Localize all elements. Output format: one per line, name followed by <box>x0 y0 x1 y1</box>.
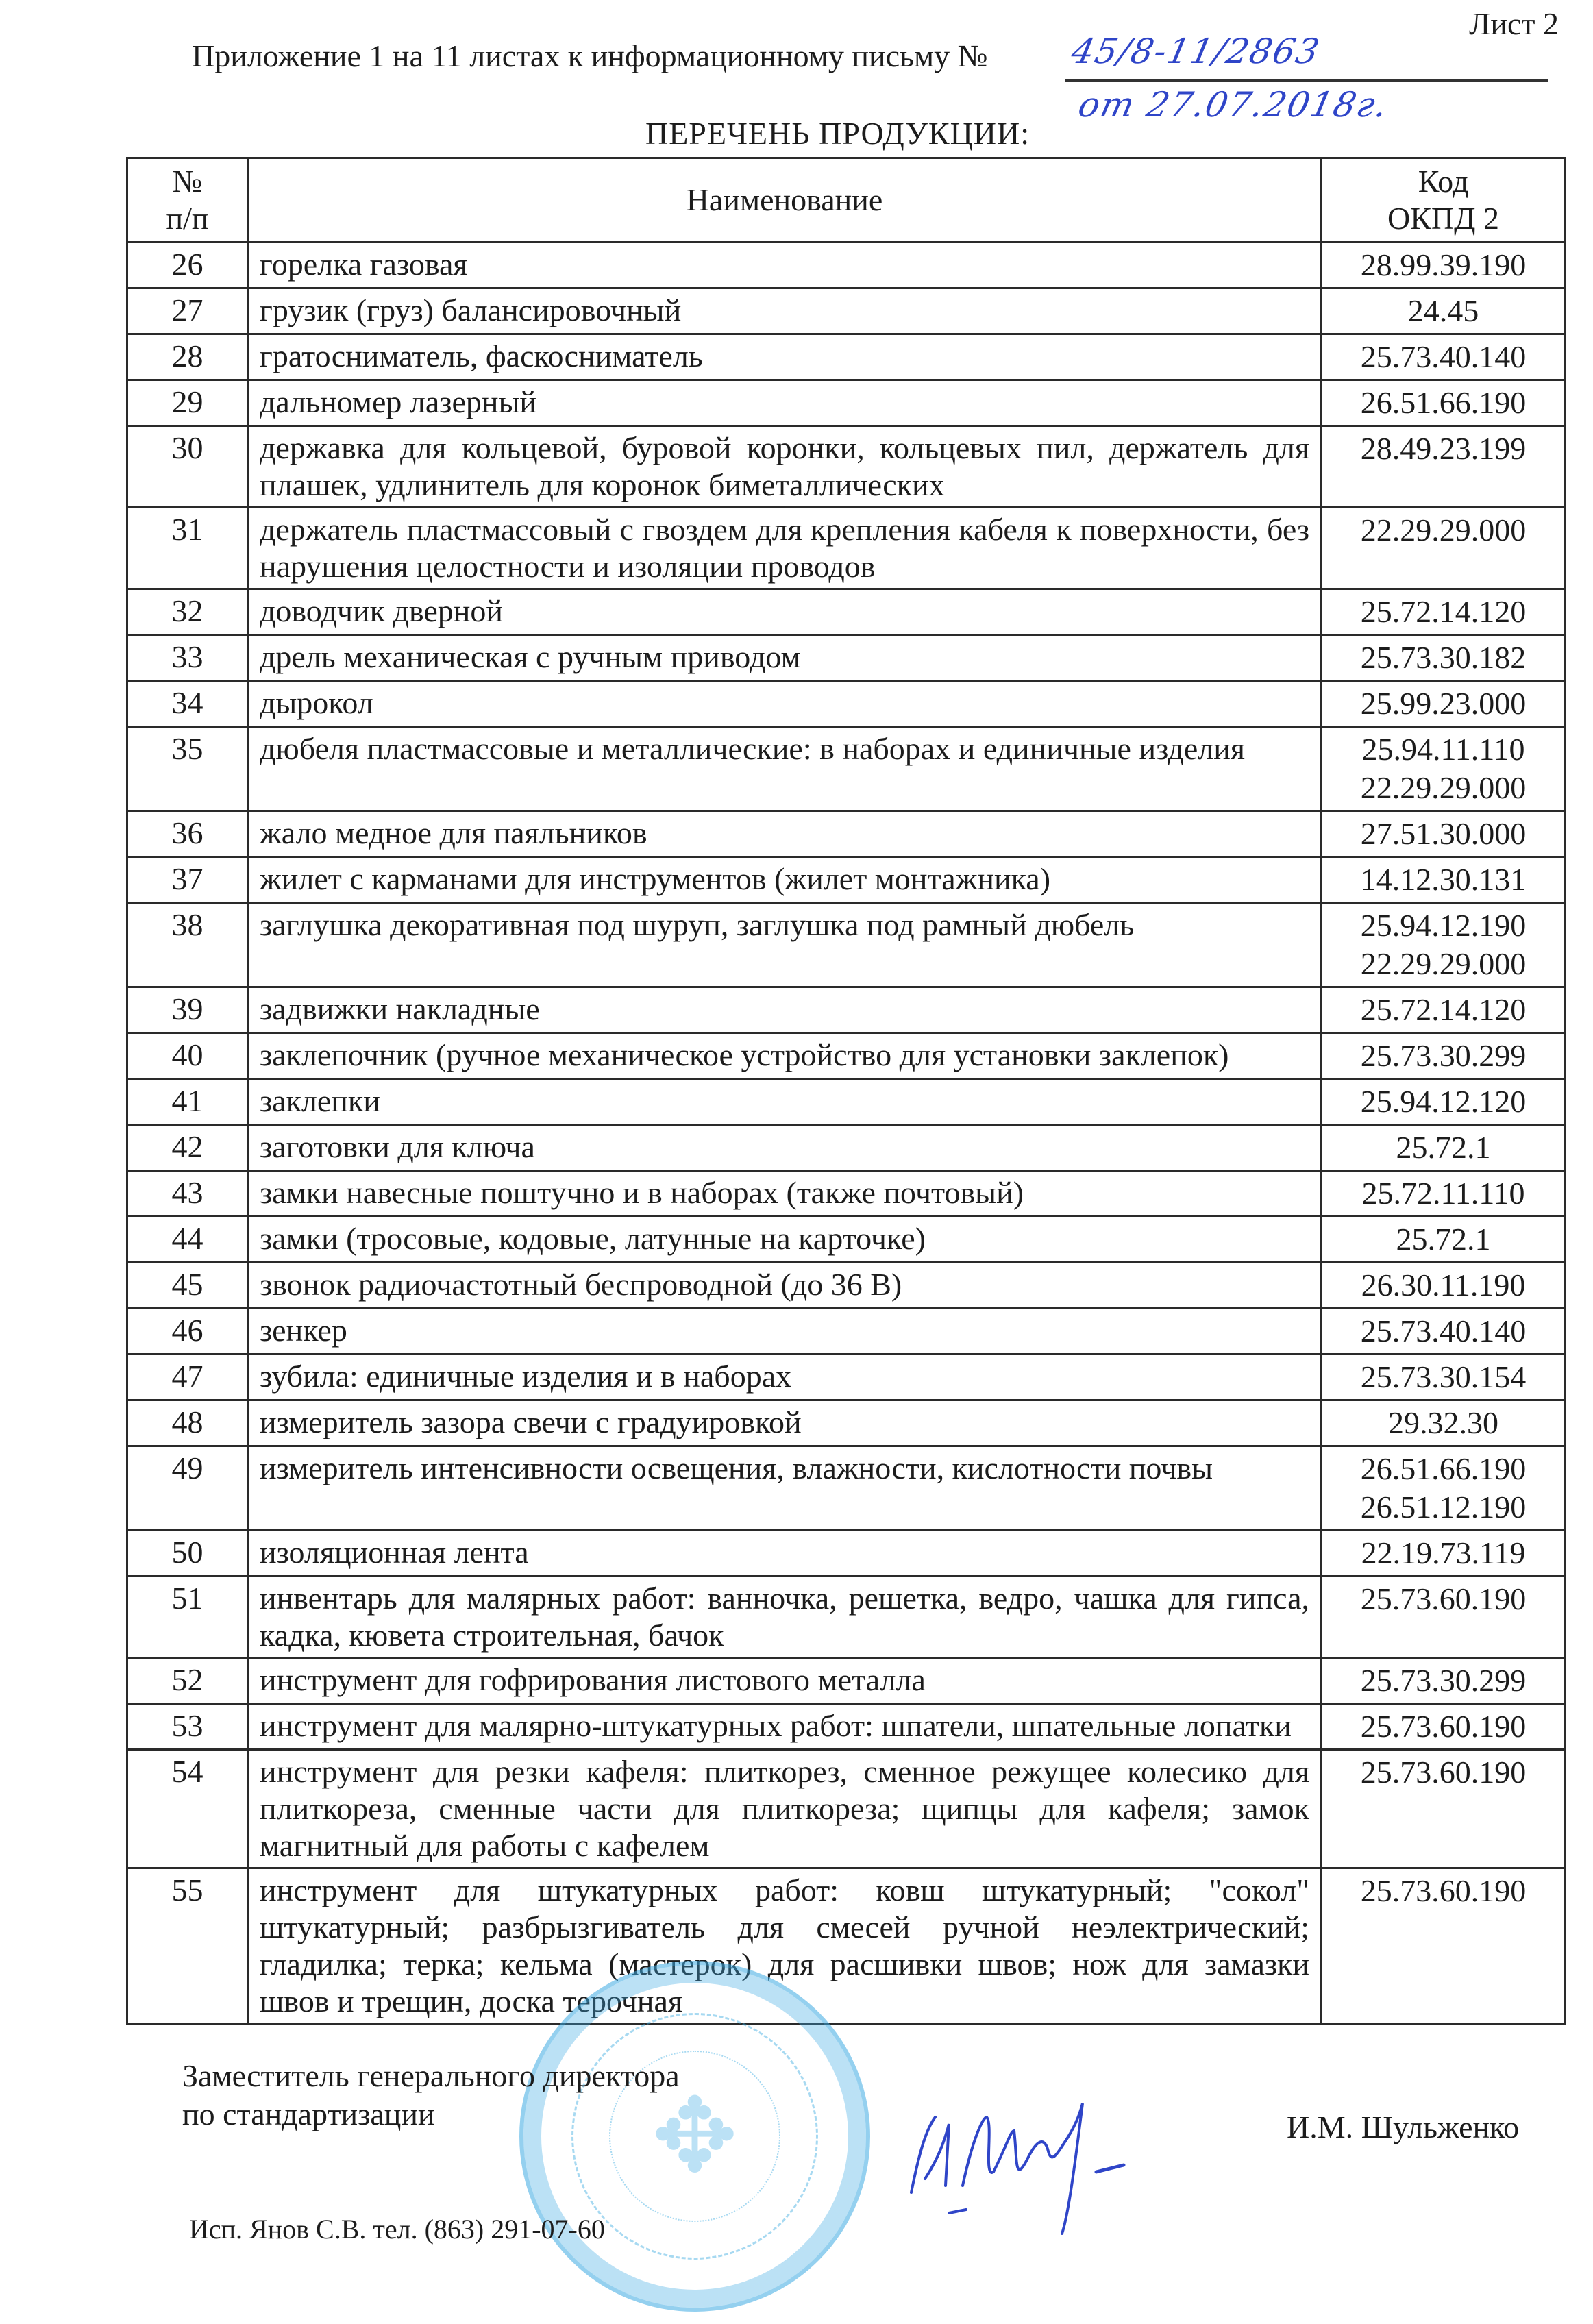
row-number: 39 <box>127 987 248 1033</box>
okpd2-code: 28.99.39.190 <box>1333 246 1553 284</box>
product-name: гратосниматель, фаскосниматель <box>248 334 1322 380</box>
row-number: 26 <box>127 243 248 288</box>
table-row: 41заклепки25.94.12.120 <box>127 1079 1566 1125</box>
okpd2-code-cell: 25.73.40.140 <box>1322 334 1566 380</box>
table-row: 39задвижки накладные25.72.14.120 <box>127 987 1566 1033</box>
product-name: заклепки <box>248 1079 1322 1125</box>
table-row: 49измеритель интенсивности освещения, вл… <box>127 1446 1566 1531</box>
row-number: 40 <box>127 1033 248 1079</box>
okpd2-code-cell: 24.45 <box>1322 288 1566 334</box>
product-name: дюбеля пластмассовые и металлические: в … <box>248 727 1322 811</box>
product-name: измеритель интенсивности освещения, влаж… <box>248 1446 1322 1531</box>
table-row: 47зубила: единичные изделия и в наборах2… <box>127 1355 1566 1400</box>
okpd2-code-cell: 25.73.30.299 <box>1322 1033 1566 1079</box>
product-name: измеритель зазора свечи с градуировкой <box>248 1400 1322 1446</box>
table-row: 27грузик (груз) балансировочный24.45 <box>127 288 1566 334</box>
okpd2-code: 25.72.14.120 <box>1333 991 1553 1029</box>
table-row: 31держатель пластмассовый с гвоздем для … <box>127 508 1566 589</box>
product-name: заглушка декоративная под шуруп, заглушк… <box>248 903 1322 987</box>
row-number: 50 <box>127 1531 248 1577</box>
table-row: 36жало медное для паяльников27.51.30.000 <box>127 811 1566 857</box>
row-number: 43 <box>127 1171 248 1217</box>
table-row: 51инвентарь для малярных работ: ванночка… <box>127 1577 1566 1658</box>
column-header-number-line1: № <box>135 163 240 200</box>
okpd2-code: 25.73.30.182 <box>1333 639 1553 677</box>
okpd2-code: 22.29.29.000 <box>1333 769 1553 807</box>
product-name: инструмент для гофрирования листового ме… <box>248 1658 1322 1704</box>
okpd2-code: 25.73.40.140 <box>1333 338 1553 376</box>
product-name: жилет с карманами для инструментов (жиле… <box>248 857 1322 903</box>
table-row: 34дырокол25.99.23.000 <box>127 681 1566 727</box>
table-row: 40заклепочник (ручное механическое устро… <box>127 1033 1566 1079</box>
product-name: зенкер <box>248 1309 1322 1355</box>
signer-name: И.М. Шульженко <box>1287 2109 1519 2145</box>
product-name: замки (тросовые, кодовые, латунные на ка… <box>248 1217 1322 1263</box>
table-header-row: № п/п Наименование Код ОКПД 2 <box>127 158 1566 243</box>
signer-title-line1: Заместитель генерального директора <box>182 2057 680 2095</box>
column-header-code-line1: Код <box>1329 163 1557 200</box>
row-number: 34 <box>127 681 248 727</box>
row-number: 49 <box>127 1446 248 1531</box>
table-row: 43замки навесные поштучно и в наборах (т… <box>127 1171 1566 1217</box>
okpd2-code: 25.99.23.000 <box>1333 684 1553 723</box>
signer-title: Заместитель генерального директора по ст… <box>182 2057 680 2134</box>
product-name: инвентарь для малярных работ: ванночка, … <box>248 1577 1322 1658</box>
table-row: 50изоляционная лента22.19.73.119 <box>127 1531 1566 1577</box>
letter-number-underline <box>1065 79 1548 82</box>
okpd2-code: 25.73.60.190 <box>1333 1580 1553 1618</box>
product-name: инструмент для штукатурных работ: ковш ш… <box>248 1868 1322 2024</box>
product-name: дырокол <box>248 681 1322 727</box>
products-table-body: 26горелка газовая28.99.39.19027грузик (г… <box>127 243 1566 2024</box>
okpd2-code-cell: 25.94.12.19022.29.29.000 <box>1322 903 1566 987</box>
row-number: 51 <box>127 1577 248 1658</box>
product-name: звонок радиочастотный беспроводной (до 3… <box>248 1263 1322 1309</box>
okpd2-code: 25.73.60.190 <box>1333 1753 1553 1792</box>
okpd2-code-cell: 27.51.30.000 <box>1322 811 1566 857</box>
product-name: жало медное для паяльников <box>248 811 1322 857</box>
okpd2-code-cell: 28.99.39.190 <box>1322 243 1566 288</box>
okpd2-code: 25.73.60.190 <box>1333 1872 1553 1910</box>
okpd2-code: 26.30.11.190 <box>1333 1266 1553 1305</box>
okpd2-code: 25.72.11.110 <box>1333 1174 1553 1213</box>
okpd2-code-cell: 22.29.29.000 <box>1322 508 1566 589</box>
row-number: 29 <box>127 380 248 426</box>
table-row: 53инструмент для малярно-штукатурных раб… <box>127 1704 1566 1750</box>
okpd2-code-cell: 25.73.60.190 <box>1322 1704 1566 1750</box>
executor-contact: Исп. Янов С.В. тел. (863) 291-07-60 <box>189 2213 605 2245</box>
row-number: 53 <box>127 1704 248 1750</box>
products-table: № п/п Наименование Код ОКПД 2 26горелка … <box>126 157 1566 2025</box>
okpd2-code-cell: 25.73.60.190 <box>1322 1750 1566 1868</box>
seal-inner-ring <box>571 2013 818 2260</box>
table-row: 35дюбеля пластмассовые и металлические: … <box>127 727 1566 811</box>
okpd2-code-cell: 26.51.66.19026.51.12.190 <box>1322 1446 1566 1531</box>
okpd2-code: 25.72.1 <box>1333 1128 1553 1167</box>
list-title: ПЕРЕЧЕНЬ ПРОДУКЦИИ: <box>0 115 1593 151</box>
product-name: горелка газовая <box>248 243 1322 288</box>
okpd2-code-cell: 25.94.12.120 <box>1322 1079 1566 1125</box>
row-number: 41 <box>127 1079 248 1125</box>
okpd2-code-cell: 25.73.30.182 <box>1322 635 1566 681</box>
column-header-name: Наименование <box>248 158 1322 243</box>
table-row: 44замки (тросовые, кодовые, латунные на … <box>127 1217 1566 1263</box>
row-number: 45 <box>127 1263 248 1309</box>
product-name: инструмент для резки кафеля: плиткорез, … <box>248 1750 1322 1868</box>
okpd2-code-cell: 25.73.40.140 <box>1322 1309 1566 1355</box>
okpd2-code: 22.19.73.119 <box>1333 1534 1553 1572</box>
okpd2-code-cell: 25.72.1 <box>1322 1125 1566 1171</box>
column-header-number: № п/п <box>127 158 248 243</box>
handwritten-signature <box>898 2076 1185 2240</box>
okpd2-code-cell: 22.19.73.119 <box>1322 1531 1566 1577</box>
okpd2-code: 28.49.23.199 <box>1333 430 1553 468</box>
row-number: 33 <box>127 635 248 681</box>
table-row: 46зенкер25.73.40.140 <box>127 1309 1566 1355</box>
table-row: 26горелка газовая28.99.39.190 <box>127 243 1566 288</box>
table-row: 33дрель механическая с ручным приводом25… <box>127 635 1566 681</box>
column-header-number-line2: п/п <box>135 200 240 237</box>
okpd2-code: 24.45 <box>1333 292 1553 330</box>
okpd2-code: 26.51.66.190 <box>1333 384 1553 422</box>
okpd2-code-cell: 25.72.14.120 <box>1322 987 1566 1033</box>
okpd2-code-cell: 25.73.60.190 <box>1322 1577 1566 1658</box>
okpd2-code-cell: 28.49.23.199 <box>1322 426 1566 508</box>
product-name: заготовки для ключа <box>248 1125 1322 1171</box>
okpd2-code-cell: 26.30.11.190 <box>1322 1263 1566 1309</box>
okpd2-code-cell: 25.99.23.000 <box>1322 681 1566 727</box>
table-row: 42заготовки для ключа25.72.1 <box>127 1125 1566 1171</box>
row-number: 27 <box>127 288 248 334</box>
okpd2-code: 25.73.30.299 <box>1333 1661 1553 1700</box>
okpd2-code: 25.73.40.140 <box>1333 1312 1553 1350</box>
table-row: 37жилет с карманами для инструментов (жи… <box>127 857 1566 903</box>
row-number: 52 <box>127 1658 248 1704</box>
product-name: изоляционная лента <box>248 1531 1322 1577</box>
product-name: зубила: единичные изделия и в наборах <box>248 1355 1322 1400</box>
okpd2-code: 22.29.29.000 <box>1333 511 1553 549</box>
okpd2-code-cell: 29.32.30 <box>1322 1400 1566 1446</box>
column-header-code: Код ОКПД 2 <box>1322 158 1566 243</box>
product-name: державка для кольцевой, буровой коронки,… <box>248 426 1322 508</box>
okpd2-code: 14.12.30.131 <box>1333 861 1553 899</box>
row-number: 42 <box>127 1125 248 1171</box>
row-number: 46 <box>127 1309 248 1355</box>
okpd2-code-cell: 25.72.14.120 <box>1322 589 1566 635</box>
okpd2-code: 25.94.12.190 <box>1333 906 1553 945</box>
okpd2-code-cell: 14.12.30.131 <box>1322 857 1566 903</box>
product-name: замки навесные поштучно и в наборах (так… <box>248 1171 1322 1217</box>
table-row: 54инструмент для резки кафеля: плиткорез… <box>127 1750 1566 1868</box>
okpd2-code: 29.32.30 <box>1333 1404 1553 1442</box>
okpd2-code: 26.51.12.190 <box>1333 1488 1553 1526</box>
row-number: 38 <box>127 903 248 987</box>
table-row: 29дальномер лазерный26.51.66.190 <box>127 380 1566 426</box>
row-number: 35 <box>127 727 248 811</box>
appendix-header: Приложение 1 на 11 листах к информационн… <box>192 38 988 74</box>
okpd2-code: 25.72.14.120 <box>1333 593 1553 631</box>
row-number: 37 <box>127 857 248 903</box>
okpd2-code: 26.51.66.190 <box>1333 1450 1553 1488</box>
row-number: 47 <box>127 1355 248 1400</box>
table-row: 38заглушка декоративная под шуруп, заглу… <box>127 903 1566 987</box>
handwritten-letter-number: 45/8-11/2863 <box>1068 32 1324 71</box>
okpd2-code-cell: 25.72.11.110 <box>1322 1171 1566 1217</box>
okpd2-code: 25.73.30.154 <box>1333 1358 1553 1396</box>
okpd2-code-cell: 25.73.30.154 <box>1322 1355 1566 1400</box>
product-name: дальномер лазерный <box>248 380 1322 426</box>
row-number: 55 <box>127 1868 248 2024</box>
table-row: 45звонок радиочастотный беспроводной (до… <box>127 1263 1566 1309</box>
row-number: 30 <box>127 426 248 508</box>
okpd2-code: 25.73.60.190 <box>1333 1707 1553 1746</box>
okpd2-code-cell: 25.94.11.11022.29.29.000 <box>1322 727 1566 811</box>
row-number: 44 <box>127 1217 248 1263</box>
okpd2-code-cell: 26.51.66.190 <box>1322 380 1566 426</box>
table-row: 32доводчик дверной25.72.14.120 <box>127 589 1566 635</box>
product-name: дрель механическая с ручным приводом <box>248 635 1322 681</box>
row-number: 28 <box>127 334 248 380</box>
row-number: 31 <box>127 508 248 589</box>
table-row: 28гратосниматель, фаскосниматель25.73.40… <box>127 334 1566 380</box>
product-name: доводчик дверной <box>248 589 1322 635</box>
okpd2-code-cell: 25.73.30.299 <box>1322 1658 1566 1704</box>
okpd2-code: 25.73.30.299 <box>1333 1037 1553 1075</box>
row-number: 54 <box>127 1750 248 1868</box>
column-header-code-line2: ОКПД 2 <box>1329 200 1557 237</box>
product-name: держатель пластмассовый с гвоздем для кр… <box>248 508 1322 589</box>
row-number: 32 <box>127 589 248 635</box>
row-number: 48 <box>127 1400 248 1446</box>
okpd2-code-cell: 25.72.1 <box>1322 1217 1566 1263</box>
okpd2-code: 22.29.29.000 <box>1333 945 1553 983</box>
product-name: инструмент для малярно-штукатурных работ… <box>248 1704 1322 1750</box>
product-name: грузик (груз) балансировочный <box>248 288 1322 334</box>
table-row: 52инструмент для гофрирования листового … <box>127 1658 1566 1704</box>
signer-title-line2: по стандартизации <box>182 2095 680 2134</box>
okpd2-code: 25.94.12.120 <box>1333 1083 1553 1121</box>
table-row: 48измеритель зазора свечи с градуировкой… <box>127 1400 1566 1446</box>
okpd2-code: 25.72.1 <box>1333 1220 1553 1259</box>
table-row: 55инструмент для штукатурных работ: ковш… <box>127 1868 1566 2024</box>
product-name: задвижки накладные <box>248 987 1322 1033</box>
okpd2-code-cell: 25.73.60.190 <box>1322 1868 1566 2024</box>
okpd2-code: 27.51.30.000 <box>1333 815 1553 853</box>
product-name: заклепочник (ручное механическое устройс… <box>248 1033 1322 1079</box>
table-row: 30державка для кольцевой, буровой коронк… <box>127 426 1566 508</box>
row-number: 36 <box>127 811 248 857</box>
okpd2-code: 25.94.11.110 <box>1333 730 1553 769</box>
